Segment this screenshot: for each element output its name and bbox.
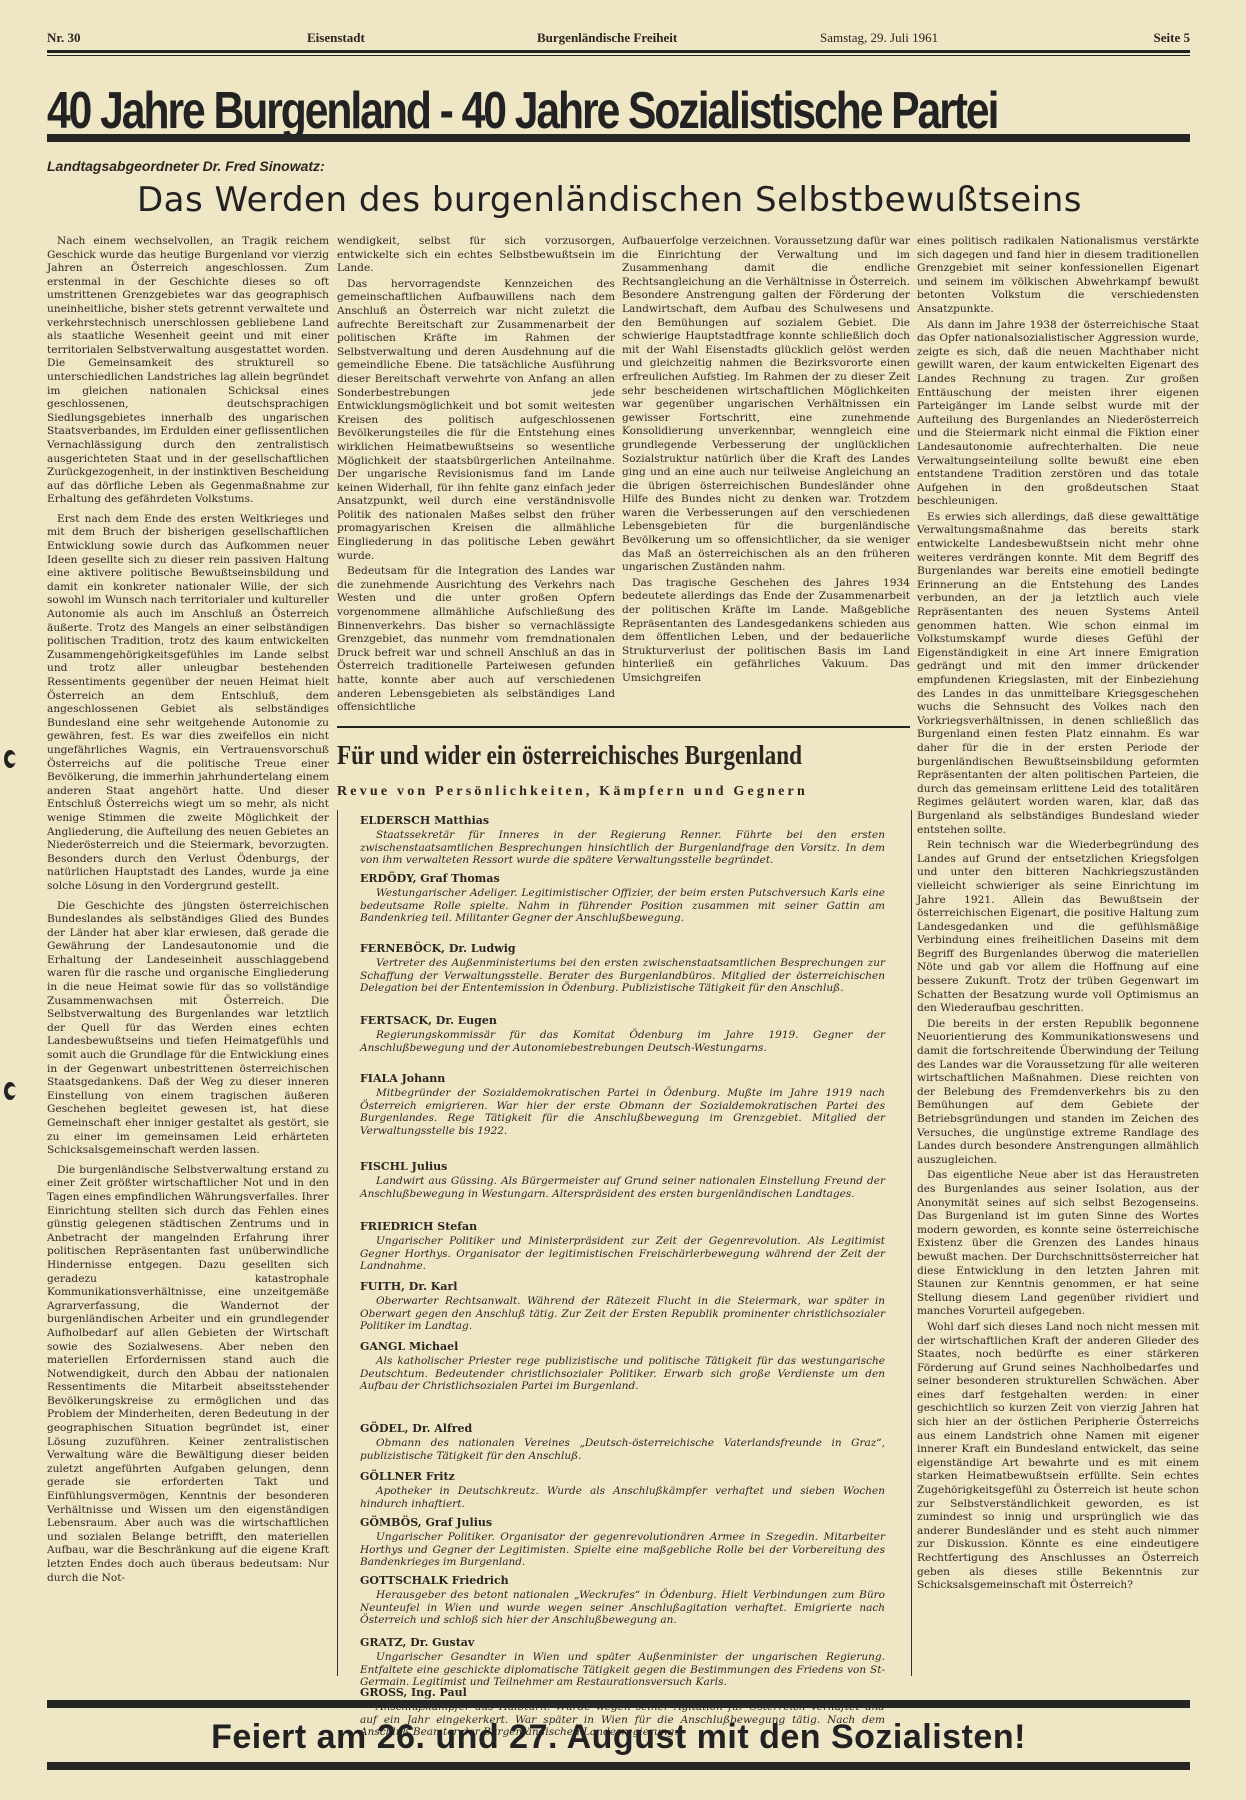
page-number: Seite 5 (1154, 30, 1190, 46)
paragraph: Das eigentliche Neue aber ist das Heraus… (917, 1169, 1199, 1319)
person-name: GÖLLNER Fritz (360, 1470, 885, 1483)
person-description: Vertreter des Außenministeriums bei den … (360, 957, 885, 995)
person-description: Apotheker in Deutschkreutz. Wurde als An… (360, 1485, 885, 1510)
revue-entry: GÖMBÖS, Graf JuliusUngarischer Politiker… (360, 1516, 885, 1569)
binding-hole-icon (4, 750, 16, 768)
paragraph: Wohl darf sich dieses Land noch nicht me… (917, 1321, 1199, 1593)
paragraph: wendigkeit, selbst für sich vorzusorgen,… (337, 235, 615, 276)
person-name: ERDÖDY, Graf Thomas (360, 872, 885, 885)
article-column-2: wendigkeit, selbst für sich vorzusorgen,… (337, 235, 615, 715)
article-byline: Landtagsabgeordneter Dr. Fred Sinowatz: (47, 158, 325, 174)
footer-rule-bottom (47, 1762, 1190, 1770)
section-rule (337, 726, 910, 728)
issue-number: Nr. 30 (47, 30, 80, 46)
paragraph: Die Geschichte des jüngsten österreichis… (47, 900, 329, 1158)
paragraph: Die burgenländische Selbstverwaltung ers… (47, 1164, 329, 1585)
revue-entry: GÖLLNER FritzApotheker in Deutschkreutz.… (360, 1470, 885, 1510)
paragraph: Als dann im Jahre 1938 der österreichisc… (917, 319, 1199, 509)
person-name: GROSS, Ing. Paul (360, 1686, 885, 1699)
person-description: Regierungskommissär für das Komitat Öden… (360, 1029, 885, 1054)
footer-slogan: Feiert am 26. und 27. August mit den Soz… (47, 1718, 1190, 1757)
revue-list: ELDERSCH MatthiasStaatssekretär für Inne… (337, 810, 912, 1676)
person-description: Ungarischer Gesandter in Wien und später… (360, 1651, 885, 1689)
article-column-3: Aufbauerfolge verzeichnen. Voraussetzung… (622, 235, 910, 715)
paragraph: Die bereits in der ersten Republik begon… (917, 1018, 1199, 1168)
person-name: GRATZ, Dr. Gustav (360, 1636, 885, 1649)
city: Eisenstadt (307, 30, 365, 46)
masthead-rule (47, 50, 1190, 56)
revue-entry: GRATZ, Dr. GustavUngarischer Gesandter i… (360, 1636, 885, 1689)
paragraph: eines politisch radikalen Nationalismus … (917, 235, 1199, 317)
person-description: Oberwarter Rechtsanwalt. Während der Rät… (360, 1295, 885, 1333)
person-description: Landwirt aus Güssing. Als Bürgermeister … (360, 1175, 885, 1200)
revue-title: Für und wider ein österreichisches Burge… (337, 740, 830, 771)
person-description: Mitbegründer der Sozialdemokratischen Pa… (360, 1087, 885, 1137)
person-description: Ungarischer Politiker. Organisator der g… (360, 1531, 885, 1569)
revue-entry: ELDERSCH MatthiasStaatssekretär für Inne… (360, 814, 885, 867)
person-name: ELDERSCH Matthias (360, 814, 885, 827)
revue-entry: FIALA JohannMitbegründer der Sozialdemok… (360, 1072, 885, 1137)
revue-entry: FERNEBÖCK, Dr. LudwigVertreter des Außen… (360, 942, 885, 995)
person-name: GOTTSCHALK Friedrich (360, 1574, 885, 1587)
article-headline: Das Werden des burgenländischen Selbstbe… (137, 180, 1082, 220)
revue-entry: GANGL MichaelAls katholischer Priester r… (360, 1340, 885, 1393)
revue-entry: ERDÖDY, Graf ThomasWestungarischer Adeli… (360, 872, 885, 925)
person-name: FIALA Johann (360, 1072, 885, 1085)
person-description: Als katholischer Priester rege publizist… (360, 1355, 885, 1393)
person-description: Herausgeber des betont nationalen „Weckr… (360, 1589, 885, 1627)
revue-entry: GOTTSCHALK FriedrichHerausgeber des beto… (360, 1574, 885, 1627)
paragraph: Bedeutsam für die Integration des Landes… (337, 565, 615, 715)
binding-hole-icon (4, 1082, 16, 1100)
person-name: FISCHL Julius (360, 1160, 885, 1173)
person-name: FRIEDRICH Stefan (360, 1220, 885, 1233)
revue-entry: FRIEDRICH StefanUngarischer Politiker un… (360, 1220, 885, 1273)
masthead: Nr. 30 Eisenstadt Burgenländische Freihe… (47, 30, 1190, 50)
person-name: FUITH, Dr. Karl (360, 1280, 885, 1293)
person-name: GÖDEL, Dr. Alfred (360, 1422, 885, 1435)
person-description: Ungarischer Politiker und Ministerpräsid… (360, 1235, 885, 1273)
revue-entry: GÖDEL, Dr. AlfredObmann des nationalen V… (360, 1422, 885, 1462)
banner-rule (47, 134, 1190, 142)
revue-subtitle: Revue von Persönlichkeiten, Kämpfern und… (337, 784, 910, 800)
person-description: Obmann des nationalen Vereines „Deutsch-… (360, 1437, 885, 1462)
paragraph: Erst nach dem Ende des ersten Weltkriege… (47, 513, 329, 894)
person-name: FERTSACK, Dr. Eugen (360, 1014, 885, 1027)
paragraph: Aufbauerfolge verzeichnen. Voraussetzung… (622, 235, 910, 575)
footer-rule-top (47, 1700, 1190, 1708)
issue-date: Samstag, 29. Juli 1961 (820, 30, 938, 46)
newspaper-name: Burgenländische Freiheit (537, 30, 677, 46)
paragraph: Das hervorragendste Kennzeichen des geme… (337, 278, 615, 563)
revue-entry: FISCHL JuliusLandwirt aus Güssing. Als B… (360, 1160, 885, 1200)
person-description: Westungarischer Adeliger. Legitimistisch… (360, 887, 885, 925)
article-column-1: Nach einem wechselvollen, an Tragik reic… (47, 235, 329, 1685)
person-description: Staatssekretär für Inneres in der Regier… (360, 829, 885, 867)
person-name: GANGL Michael (360, 1340, 885, 1353)
revue-entry: FUITH, Dr. KarlOberwarter Rechtsanwalt. … (360, 1280, 885, 1333)
paragraph: Nach einem wechselvollen, an Tragik reic… (47, 235, 329, 507)
revue-entry: FERTSACK, Dr. EugenRegierungskommissär f… (360, 1014, 885, 1054)
person-name: FERNEBÖCK, Dr. Ludwig (360, 942, 885, 955)
person-name: GÖMBÖS, Graf Julius (360, 1516, 885, 1529)
paragraph: Rein technisch war die Wiederbegründung … (917, 839, 1199, 1016)
paragraph: Das tragische Geschehen des Jahres 1934 … (622, 577, 910, 686)
article-column-4: eines politisch radikalen Nationalismus … (917, 235, 1199, 1685)
paragraph: Es erwies sich allerdings, daß diese gew… (917, 511, 1199, 837)
